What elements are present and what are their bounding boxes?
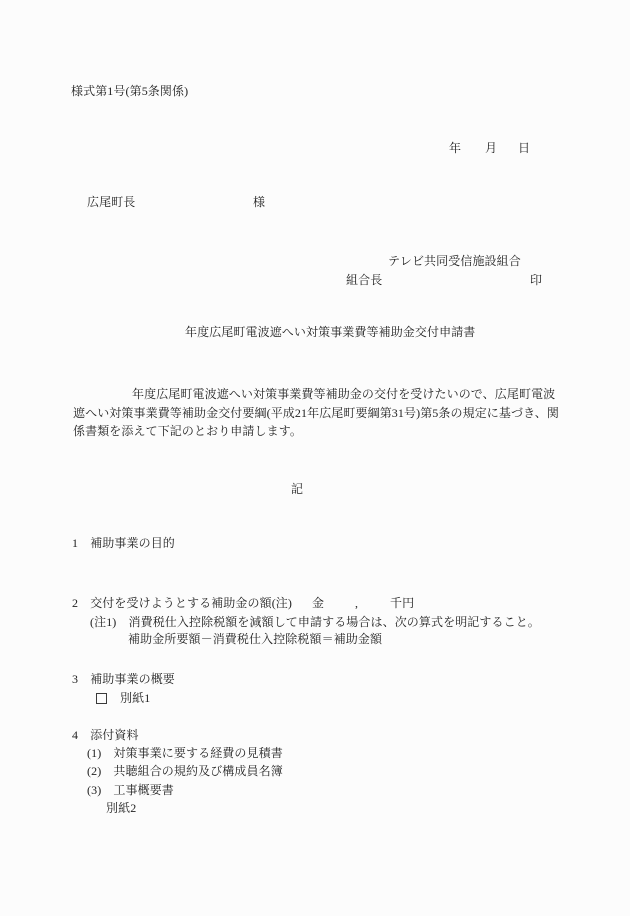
day-label: 日 [518,141,530,155]
form-number: 様式第1号(第5条関係) [71,84,188,98]
item4-sub1: (1) 対策事業に要する経費の見積書 [87,746,283,760]
item4-sub2: (2) 共聴組合の規約及び構成員名簿 [87,764,283,778]
body-paragraph-line2: 遮へい対策事業費等補助金交付要綱(平成21年広尾町要綱第31号)第5条の規定に基… [73,406,559,420]
item4-label: 4 添付資料 [72,728,139,742]
applicant-organization: テレビ共同受信施設組合 [388,254,521,268]
attachment-sheet1-checkbox[interactable] [96,693,107,704]
subsidy-application-form-page: 様式第1号(第5条関係) 年 月 日 広尾町長 様 テレビ共同受信施設組合 組合… [0,0,630,916]
month-label: 月 [485,141,497,155]
item1-purpose: 1 補助事業の目的 [72,536,175,550]
addressee-name: 広尾町長 [87,195,135,209]
addressee-honorific: 様 [253,195,265,209]
amount-currency-prefix: 金 [312,596,324,610]
attachment-sheet1-label: 別紙1 [120,691,150,705]
item3-label: 3 補助事業の概要 [72,672,175,686]
item4-sub3: (3) 工事概要書 [87,783,174,797]
item2-formula: 補助金所要額－消費税仕入控除税額＝補助金額 [128,632,382,646]
amount-unit: 千円 [390,596,414,610]
year-label: 年 [449,141,461,155]
applicant-representative-title: 組合長 [346,273,382,287]
document-title: 年度広尾町電波遮へい対策事業費等補助金交付申請書 [185,325,475,339]
body-paragraph-line3: 係書類を添えて下記のとおり申請します。 [73,424,302,438]
item2-note: (注1) 消費税仕入控除税額を減額して申請する場合は、次の算式を明記すること。 [90,615,540,629]
item2-label: 2 交付を受けようとする補助金の額(注) [72,596,292,610]
item4-sub4: 別紙2 [106,801,136,815]
amount-comma: , [355,596,358,610]
record-marker: 記 [291,482,303,496]
body-paragraph-line1: 年度広尾町電波遮へい対策事業費等補助金の交付を受けたいので、広尾町電波 [132,387,555,401]
seal-mark: 印 [530,273,542,287]
